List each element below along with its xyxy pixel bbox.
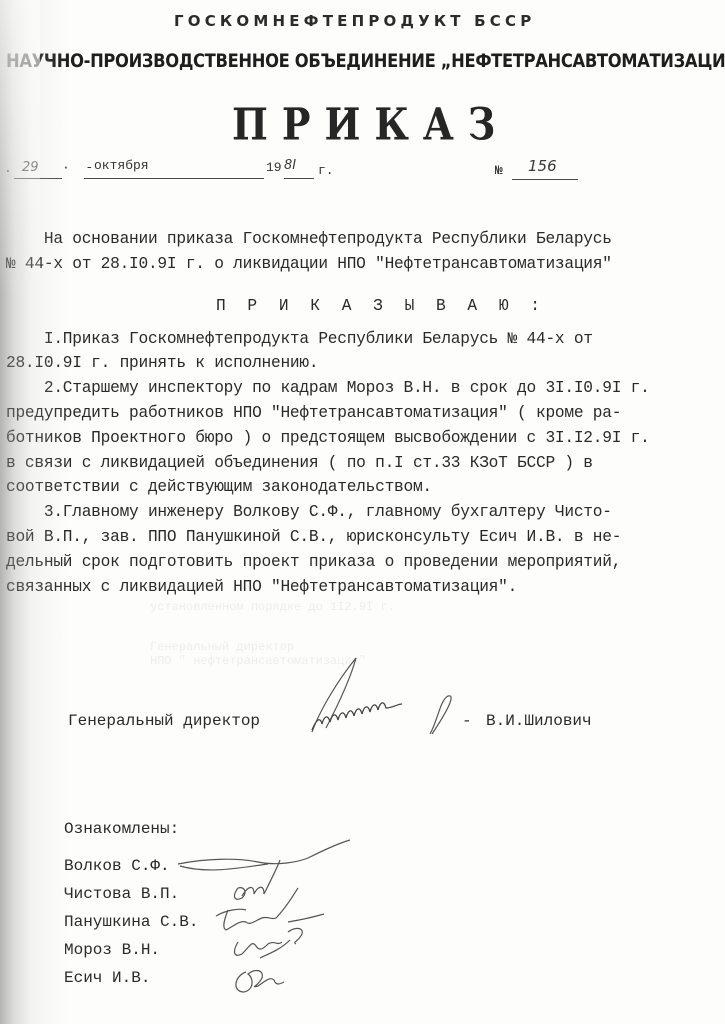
signature-dash: - [462, 712, 472, 730]
order-item-line: предупредить работников НПО "Нефтетранса… [6, 401, 706, 426]
signatory-name: В.И.Шилович [486, 712, 592, 730]
scanned-order-document: Генеральный директор НПО " нефтетрансавт… [0, 0, 725, 1024]
order-item-line: 28.I0.9I г. принять к исполнению. [6, 351, 706, 376]
director-signature-icon [298, 650, 468, 740]
order-item-3: 3.Главному инженеру Волкову С.Ф., главно… [6, 500, 706, 599]
number-field-underline [512, 179, 578, 180]
order-heading: П Р И К А З Ы В А Ю : [6, 289, 706, 323]
organization-name: НАУЧНО-ПРОИЗВОДСТВЕННОЕ ОБЪЕДИНЕНИЕ „НЕФ… [6, 50, 725, 72]
order-item-line: соответствии с действующим законодательс… [6, 475, 706, 500]
acknowledgement-signatures-icon [168, 838, 368, 998]
document-title: ПРИКАЗ [232, 98, 509, 150]
day-field-underline [14, 178, 62, 179]
dateline-leading-mark: . [4, 161, 12, 176]
order-item-line: ботников Проектного бюро ) о предстоящем… [6, 426, 706, 451]
year-mark: г. [318, 163, 334, 178]
order-item-2: 2.Старшему инспектору по кадрам Мороз В.… [6, 376, 706, 500]
year-suffix: 8I [284, 158, 296, 173]
acknowledgement-title: Ознакомлены: [64, 820, 179, 838]
month-value: октября [94, 158, 149, 173]
dateline-separator: · - [62, 160, 93, 175]
month-field-underline [84, 178, 264, 179]
number-value: 156 [528, 157, 557, 175]
signatory-role: Генеральный директор [68, 712, 260, 730]
order-item-line: связанных с ликвидацией НПО "Нефтетранса… [6, 575, 706, 600]
order-item-line: 2.Старшему инспектору по кадрам Мороз В.… [6, 376, 706, 401]
year-prefix: 19 [266, 160, 282, 175]
order-item-1: I.Приказ Госкомнефтепродукта Республики … [6, 327, 706, 377]
order-body: На основании приказа Госкомнефтепродукта… [6, 227, 706, 599]
year-field-underline [284, 178, 314, 179]
day-value: 29 [22, 160, 39, 175]
number-label: № [495, 163, 503, 178]
order-item-line: 3.Главному инженеру Волкову С.Ф., главно… [6, 500, 706, 525]
preamble-line: № 44-х от 28.I0.9I г. о ликвидации НПО "… [6, 252, 706, 277]
preamble-line: На основании приказа Госкомнефтепродукта… [6, 227, 706, 252]
order-item-line: дельный срок подготовить проект приказа … [6, 550, 706, 575]
order-item-line: в связи с ликвидацией объединения ( по п… [6, 451, 706, 476]
order-item-line: I.Приказ Госкомнефтепродукта Республики … [6, 327, 706, 352]
show-through-text: установленном порядке до 1I2.9I г. [150, 600, 395, 614]
ministry-name: ГОСКОМНЕФТЕПРОДУКТ БССР [174, 12, 535, 30]
order-item-line: вой В.П., зав. ППО Панушкиной С.В., юрис… [6, 525, 706, 550]
